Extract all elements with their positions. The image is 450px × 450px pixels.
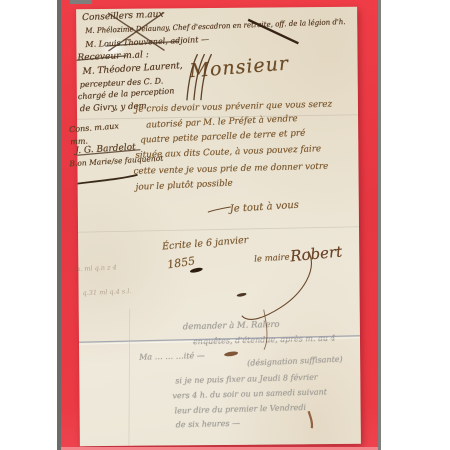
signer-title: le maire (254, 253, 290, 265)
pencil-note: (désignation suffisante) (247, 355, 343, 368)
valediction-flourish (208, 207, 231, 212)
pencil-note: vers 4 h. du soir ou un samedi suivant (172, 387, 327, 400)
pencil-note: de six heures — (176, 419, 241, 430)
margin-note: Cons. m.aux (69, 121, 119, 134)
pencil-note: leur dire du premier le Vendredi (174, 403, 306, 415)
body-line: Je crois devoir vous prévenir que vous s… (135, 100, 332, 115)
ink-streak (309, 411, 312, 428)
body-line: jour le plutôt possible (135, 178, 233, 192)
ink-blot (236, 292, 246, 297)
pencil-note: Ma … … …ité — (139, 351, 205, 362)
fold-line-vertical (128, 309, 131, 446)
valediction: Je tout à vous (230, 200, 300, 215)
heading-line: Conseillers m.aux (82, 10, 164, 24)
photo-border-chip (70, 0, 92, 4)
faint-note: q.31 ml q.4 s.l. (82, 287, 131, 297)
signature: Robert (289, 242, 343, 265)
body-line: cette vente je vous prie de me donner vo… (133, 162, 328, 177)
letter-sheet: Conseillers m.aux M. Phélozime Delaunay,… (76, 7, 361, 446)
pencil-note: enquêtes, d'étendue, après m. au 4 (193, 333, 336, 346)
faint-note: ch. ml q.n z 4 (72, 263, 117, 273)
heading-line: M. Louis Thouvenel, adjoint — (85, 35, 209, 49)
salutation: Monsieur (189, 52, 290, 82)
auction-photo-page: Conseillers m.aux M. Phélozime Delaunay,… (0, 0, 450, 450)
body-line: quatre petite parcelle de terre et pré (140, 128, 305, 145)
date-line: Écrite le 6 janvier (162, 235, 249, 253)
margin-underline (76, 175, 138, 185)
ink-blot (224, 351, 238, 357)
year: 1855 (166, 254, 196, 271)
fold-line (78, 227, 359, 232)
pencil-note: si je ne puis fixer au Jeudi 8 février (175, 373, 318, 386)
pencil-note: demander à M. Ralero (183, 320, 280, 333)
letter-photograph: Conseillers m.aux M. Phélozime Delaunay,… (57, 0, 381, 450)
heading-line: M. Théodore Laurent, (82, 61, 183, 77)
heading-line: Receveur m.al : (77, 50, 149, 63)
body-line: autorisé par M. le Préfet à vendre (146, 114, 298, 131)
